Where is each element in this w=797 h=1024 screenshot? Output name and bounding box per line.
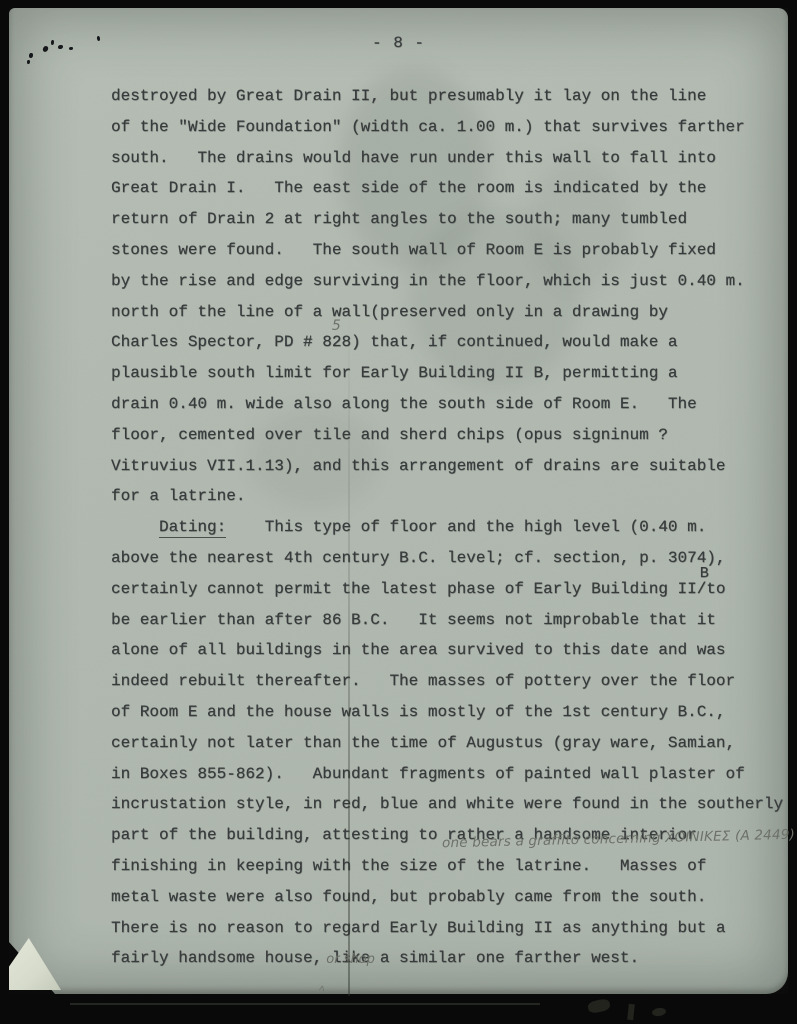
typed-text: This type of floor and the high level (0… [226,518,706,536]
dating-heading: Dating: [159,518,226,538]
typed-text: 8) that, if continued, would make a [341,333,677,351]
typed-line: indeed rebuilt thereafter. The masses of… [111,666,771,697]
typed-line: by the rise and edge surviving in the fl… [111,266,771,297]
sheet-edge-shadow [70,1003,540,1005]
typed-line: return of Drain 2 at right angles to the… [111,204,771,235]
typed-line: floor, cemented over tile and sherd chip… [111,420,771,451]
folded-corner [9,938,61,990]
typed-line-latrine: finishing in keeping with the size of th… [111,851,771,882]
typed-line: of Room E and the house walls is mostly … [111,697,771,728]
typed-line: above the nearest 4th century B.C. level… [111,543,771,574]
page-number: - 8 - [9,34,788,52]
typed-line-orshop: fairly handsome house,or shop^ like a si… [111,943,771,974]
typed-line: south. The drains would have run under t… [111,143,771,174]
corrected-digit: 25 [332,327,342,358]
typed-text: certainly cannot permit the latest phase… [111,580,697,598]
edge-mark [652,1007,667,1017]
typed-line-spector: Charles Spector, PD # 8258) that, if con… [111,327,771,358]
typed-text: finishing in keeping with the size of th… [111,857,591,875]
scanned-page: - 8 - destroyed by Great Drain II, but p… [0,0,797,1024]
typed-line: drain 0.40 m. wide also along the south … [111,389,771,420]
typed-line: of the "Wide Foundation" (width ca. 1.00… [111,112,771,143]
typed-line: Great Drain I. The east side of the room… [111,173,771,204]
ink-speck [29,53,33,58]
typed-line: Vitruvius VII.1.13), and this arrangemen… [111,451,771,482]
typed-line: in Boxes 855-862). Abundant fragments of… [111,759,771,790]
typed-insert-B: B [700,559,709,590]
typed-line: be earlier than after 86 B.C. It seems n… [111,605,771,636]
typed-line: plausible south limit for Early Building… [111,358,771,389]
typed-line: north of the line of a wall(preserved on… [111,297,771,328]
insert-caret: ^ [592,880,599,917]
typed-line-dating: Dating: This type of floor and the high … [111,512,771,543]
typed-line-insert-b: certainly cannot permit the latest phase… [111,574,771,605]
edge-mark [627,1004,635,1021]
paper-crease [348,308,350,996]
typed-text: fairly handsome house, [111,949,322,967]
typed-line: There is no reason to regard Early Build… [111,913,771,944]
typed-line: metal waste were also found, but probabl… [111,882,771,913]
typed-line: incrustation style, in red, blue and whi… [111,789,771,820]
indent [111,518,159,536]
typed-line: stones were found. The south wall of Roo… [111,235,771,266]
edge-mark [587,998,611,1014]
typed-text: Charles Spector, PD # 8 [111,333,332,351]
typed-line: certainly not later than the time of Aug… [111,728,771,759]
handwritten-or-shop-note: or shop [326,945,375,976]
typed-line: destroyed by Great Drain II, but presuma… [111,81,771,112]
insertion-point: B/to [697,574,726,605]
ink-speck [27,60,30,64]
typed-line: for a latrine. [111,481,771,512]
typed-text: Masses of [591,857,706,875]
handwritten-digit-correction: 5 [332,311,341,342]
typed-line: alone of all buildings in the area survi… [111,635,771,666]
paper-sheet: - 8 - destroyed by Great Drain II, but p… [9,8,788,994]
